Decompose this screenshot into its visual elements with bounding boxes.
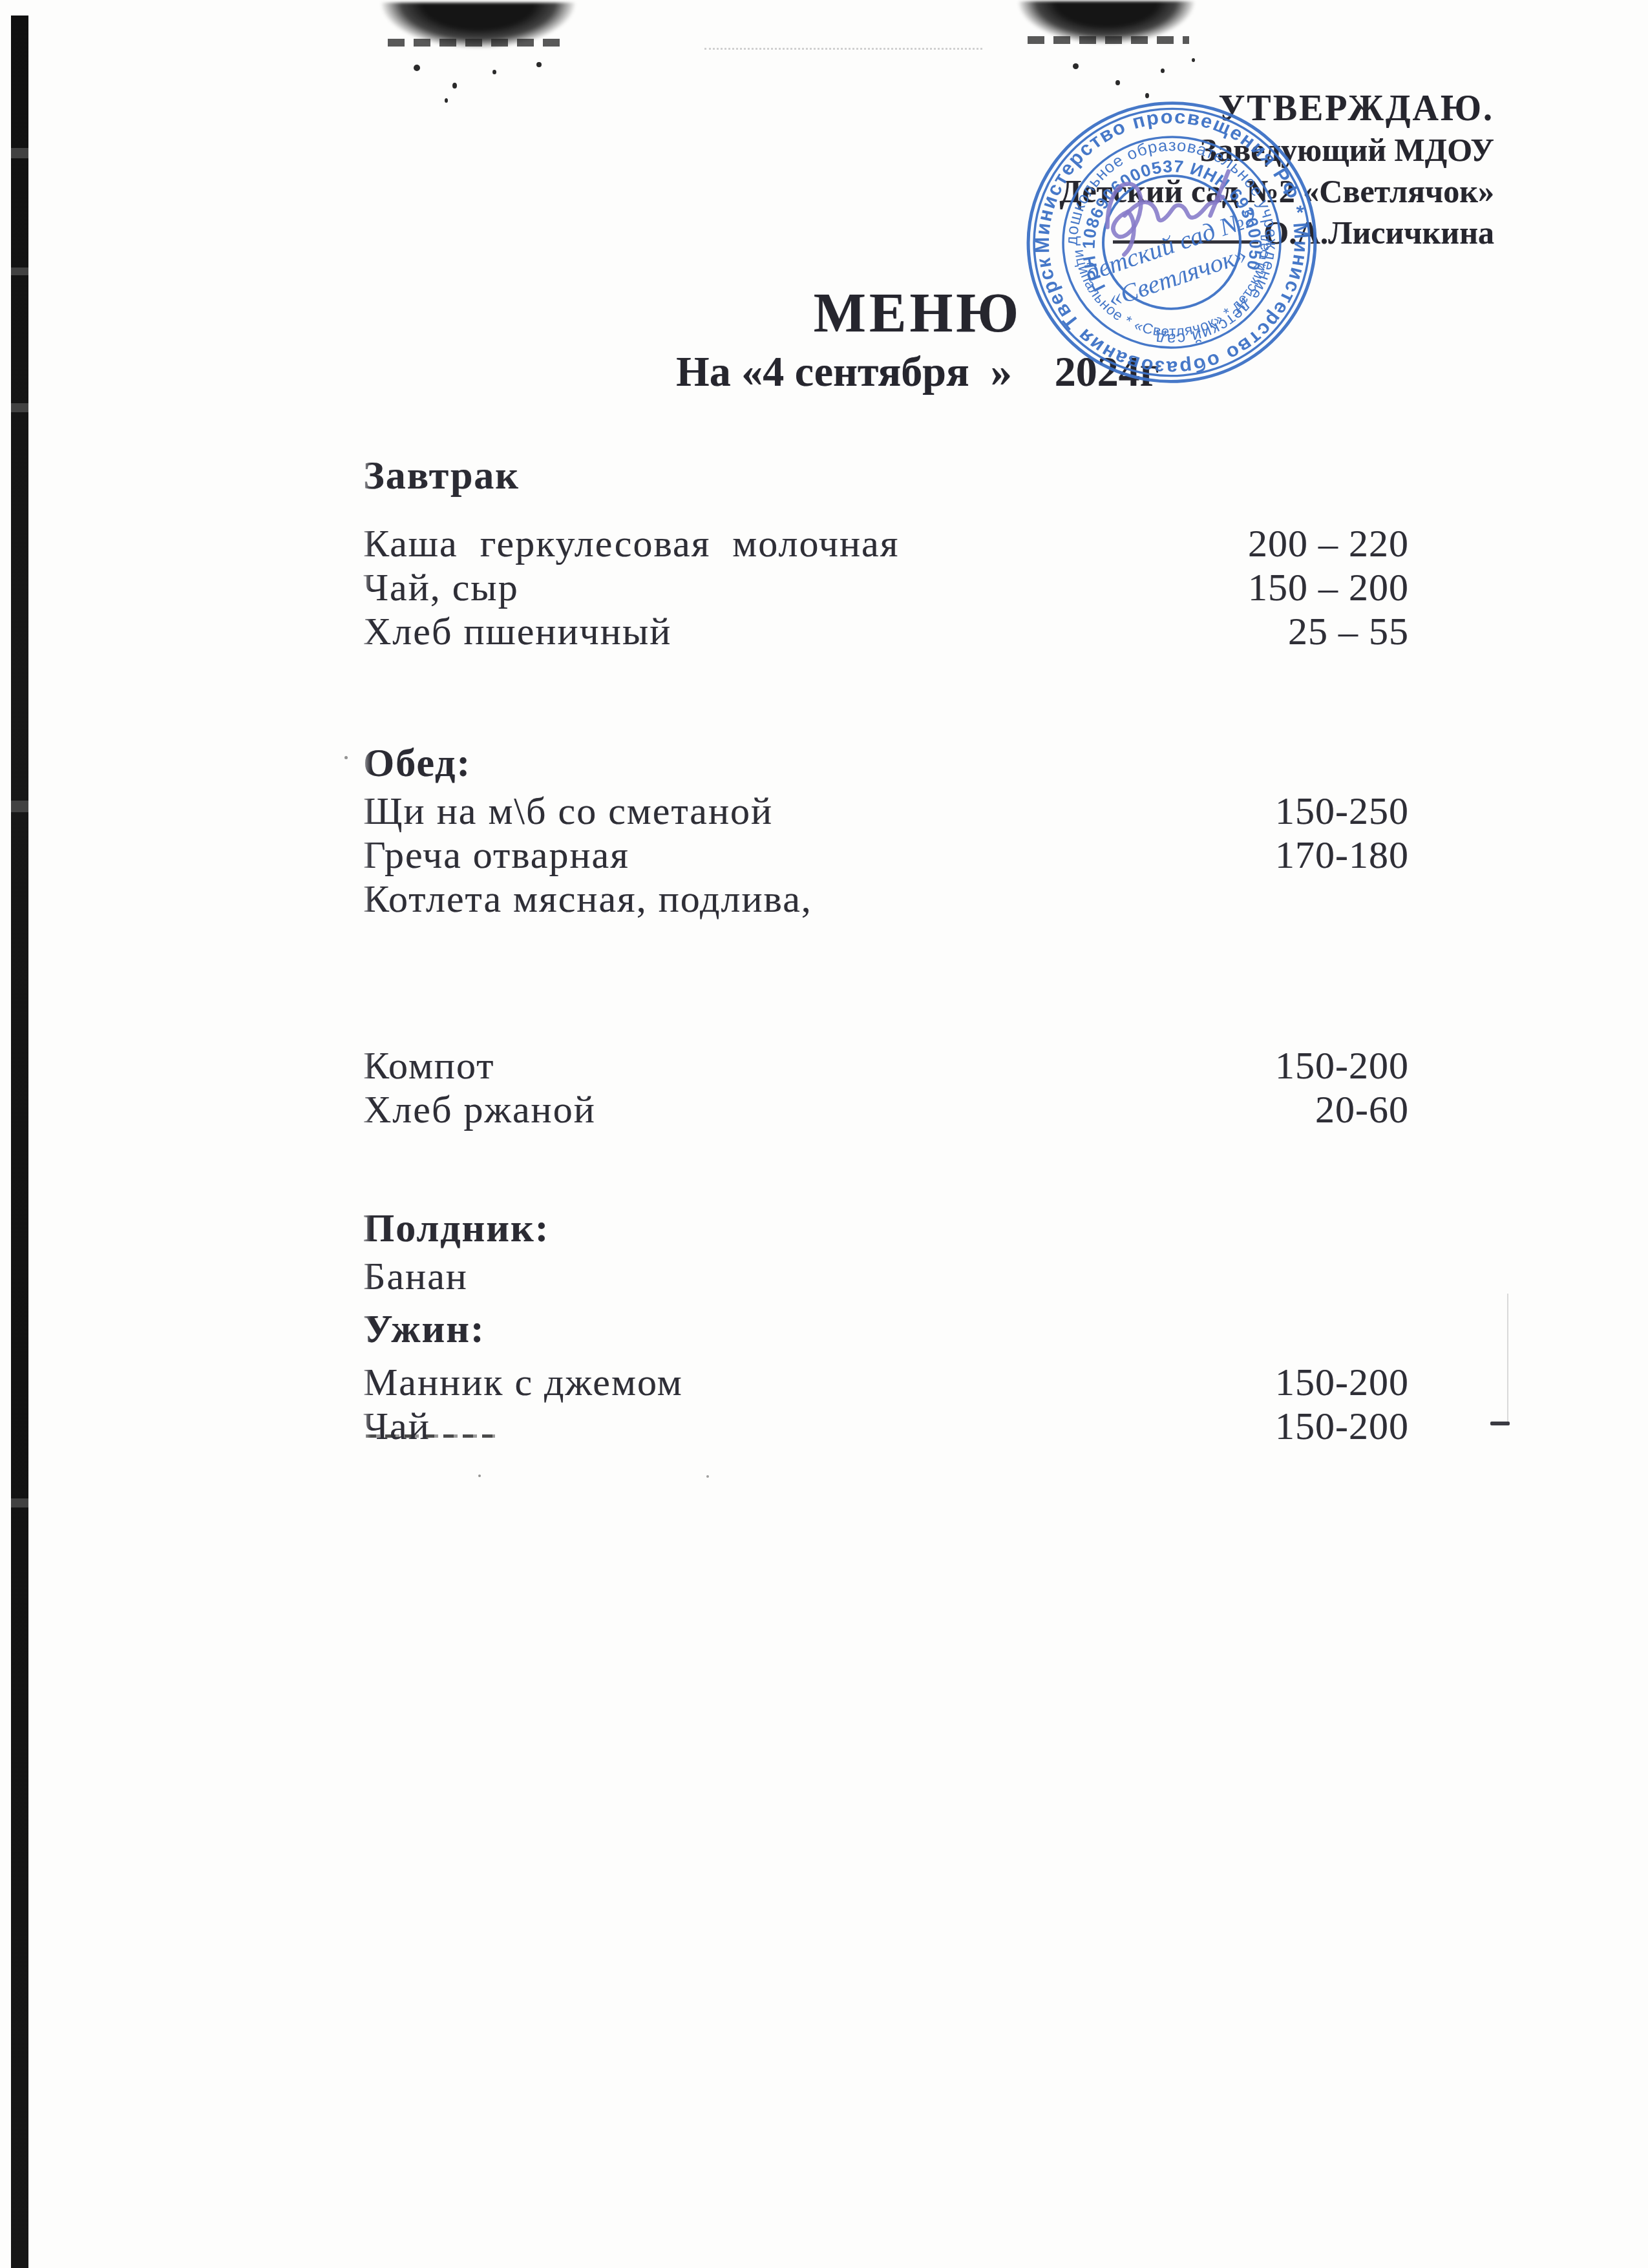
scan-speck (492, 70, 496, 74)
dish-name: Чай (363, 1404, 430, 1448)
scan-strip-mark (11, 148, 28, 158)
menu-section: ЗавтракКаша геркулесовая молочная200 – 2… (363, 450, 1409, 653)
scan-dotted-line (704, 48, 982, 50)
menu-section: Полдник:Банан (363, 1202, 1409, 1298)
scan-edge-strip (11, 16, 28, 2268)
scan-smudge (1009, 1, 1203, 57)
scan-strip-mark (11, 403, 28, 412)
menu-item-row: Хлеб ржаной20-60 (363, 1087, 1409, 1131)
scan-clip-strip (353, 446, 371, 1454)
scan-strip-mark (11, 1498, 28, 1507)
menu-sections: ЗавтракКаша геркулесовая молочная200 – 2… (363, 450, 1409, 1448)
official-stamp: Министерство просвещения РФ * Министерст… (1008, 82, 1336, 402)
menu-item-row: Банан (363, 1254, 1409, 1298)
dish-amount: 170-180 (1275, 833, 1409, 877)
menu-section-header: Обед: (363, 737, 1409, 789)
dish-name: Хлеб ржаной (363, 1087, 596, 1131)
menu-item-row: Хлеб пшеничный25 – 55 (363, 609, 1409, 653)
scan-speck (478, 1475, 481, 1477)
scan-smudge (388, 39, 569, 47)
dish-name: Котлета мясная, подлива, (363, 877, 812, 921)
scan-speck (1115, 80, 1120, 85)
scan-speck (414, 65, 420, 71)
menu-item-row: Греча отварная170-180 (363, 833, 1409, 877)
menu-section: Ужин:Манник с джемом150-200Чай150-200 (363, 1303, 1409, 1448)
menu-section-header: Полдник: (363, 1202, 1409, 1254)
menu-item-row: Компот150-200 (363, 1044, 1409, 1087)
menu-item-row: Чай, сыр150 – 200 (363, 565, 1409, 609)
dish-amount: 150-250 (1275, 789, 1409, 833)
dish-amount: 150-200 (1275, 1360, 1409, 1404)
dish-amount: 150-200 (1275, 1404, 1409, 1448)
menu-item-row: Каша геркулесовая молочная200 – 220 (363, 521, 1409, 565)
scan-speck (536, 62, 542, 67)
dish-amount: 150-200 (1275, 1044, 1409, 1087)
dish-amount: 150 – 200 (1248, 565, 1409, 609)
menu-item-row: Манник с джемом150-200 (363, 1360, 1409, 1404)
dish-name: Банан (363, 1254, 468, 1298)
menu-section: Компот150-200Хлеб ржаной20-60 (363, 1044, 1409, 1131)
scan-speck (1073, 63, 1079, 69)
scan-speck (1161, 68, 1165, 73)
menu-item-row: Чай150-200 (363, 1404, 1409, 1448)
dish-name: Хлеб пшеничный (363, 609, 671, 653)
menu-section-header: Ужин: (363, 1303, 1409, 1355)
scan-smudge (372, 3, 585, 62)
dish-amount: 200 – 220 (1248, 521, 1409, 565)
dish-amount: 25 – 55 (1288, 609, 1409, 653)
dish-name: Компот (363, 1044, 494, 1087)
scan-strip-mark (11, 268, 28, 275)
menu-section-header: Завтрак (363, 450, 1409, 501)
scan-speck (344, 756, 348, 759)
scan-strip-mark (11, 801, 28, 812)
menu-item-row: Щи на м\б со сметаной150-250 (363, 789, 1409, 833)
scan-speck (706, 1475, 709, 1478)
dish-name: Каша геркулесовая молочная (363, 521, 899, 565)
dish-name: Чай, сыр (363, 565, 519, 609)
scan-speck (1192, 58, 1195, 62)
dish-name: Греча отварная (363, 833, 629, 877)
dish-amount: 20-60 (1315, 1087, 1409, 1131)
scan-speck (445, 98, 448, 103)
scanned-menu-page: УТВЕРЖДАЮ. Заведующий МДОУ Детский сад №… (0, 0, 1648, 2268)
dish-name: Манник с джемом (363, 1360, 683, 1404)
scan-faint-line (1507, 1294, 1508, 1423)
scan-smudge (1028, 36, 1189, 44)
menu-item-row: Котлета мясная, подлива, (363, 877, 1409, 921)
dish-name: Щи на м\б со сметаной (363, 789, 773, 833)
scan-speck (452, 83, 457, 89)
scan-dash-mark (1490, 1422, 1510, 1425)
menu-section: Обед:Щи на м\б со сметаной150-250Греча о… (363, 737, 1409, 921)
